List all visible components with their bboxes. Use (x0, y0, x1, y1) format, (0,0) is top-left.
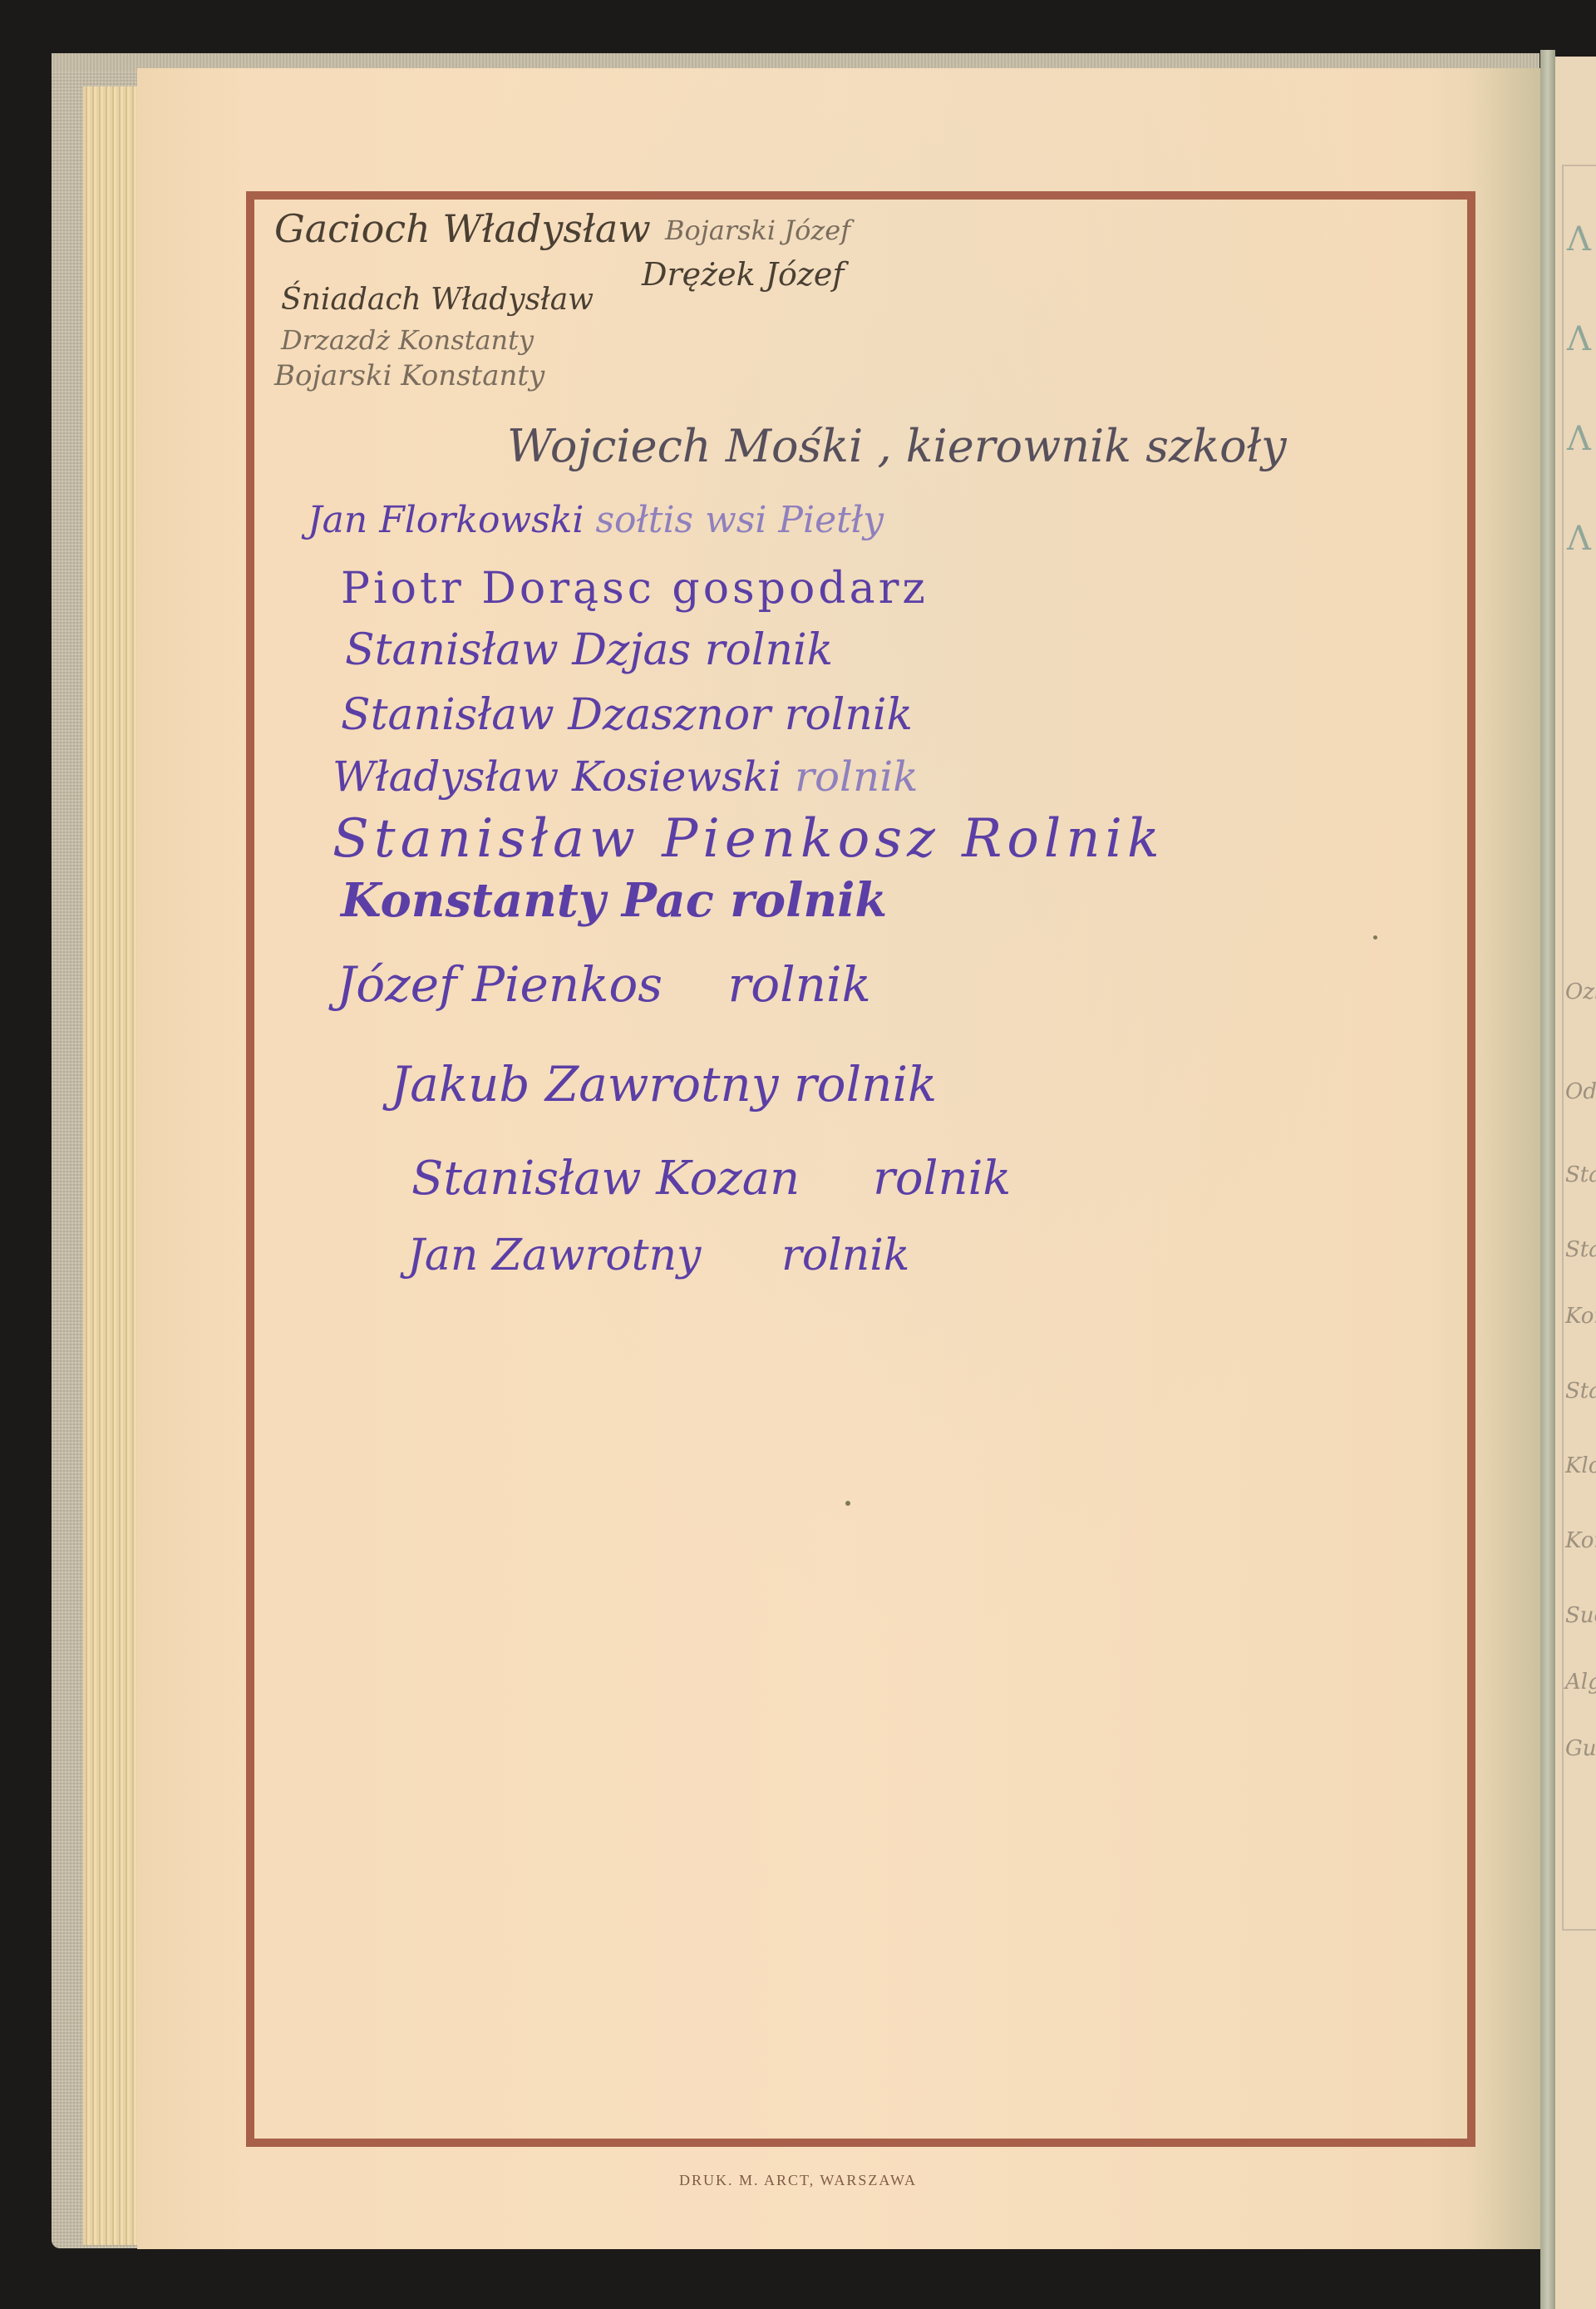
signature-line-8: Konstanty Pac rolnik (341, 873, 887, 928)
next-page-text: Kon (1565, 1528, 1596, 1553)
signature-name: Piotr Dorąsc (341, 564, 655, 614)
signature-line-10: Jakub Zawrotny rolnik (391, 1056, 937, 1113)
signature-line-9: Józef Pienkos rolnik (337, 956, 871, 1013)
signature-drzazdz: Drzazdż Konstanty (281, 324, 534, 356)
signature-bojarski-jozef: Bojarski Józef (665, 215, 850, 246)
decorative-ornament-icon: Ʌ (1567, 223, 1591, 256)
printer-imprint: DRUK. M. ARCT, WARSZAWA (0, 2172, 1596, 2189)
next-page-sliver: Ʌ Ʌ Ʌ Ʌ Ozka Odzy Sta Stan Kon Stan Klod… (1555, 57, 1596, 2309)
paper-speck (845, 1501, 850, 1506)
signature-role: rolnik (727, 956, 870, 1013)
signature-line-4: Stanisław Dzjas rolnik (345, 625, 833, 675)
signature-name: Wojciech Mośki (507, 420, 863, 472)
next-page-text: Odzy (1565, 1079, 1596, 1104)
decorative-ornament-icon: Ʌ (1567, 522, 1591, 555)
next-page-text: Alga (1565, 1670, 1596, 1695)
signature-role: rolnik (730, 873, 887, 928)
protective-sleeve-edge (1540, 50, 1555, 2309)
signature-role: gospodarz (672, 564, 928, 614)
signature-name: Józef Pienkos (337, 956, 663, 1013)
next-page-text: Ozka (1565, 979, 1596, 1004)
signature-sniadach: Śniadach Władysław (281, 283, 594, 317)
signature-drezek: Drężek Józef (642, 256, 844, 293)
next-page-text: Suche (1565, 1603, 1596, 1628)
signature-name: Jakub Zawrotny (391, 1056, 779, 1113)
signature-name: Konstanty Pac (341, 873, 714, 928)
signature-line-11: Stanisław Kozan rolnik (411, 1152, 1011, 1206)
signature-role: rolnik (873, 1152, 1011, 1206)
next-page-text: Gut (1565, 1736, 1596, 1761)
signature-line-5: Stanisław Dzasznor rolnik (341, 690, 913, 740)
signature-role: rolnik (795, 752, 919, 801)
signature-gacioch: Gacioch Władysław (274, 206, 651, 251)
signature-line-2: Jan Florkowski sołtis wsi Pietły (308, 499, 884, 541)
signature-line-6: Władysław Kosiewski rolnik (332, 752, 919, 801)
signature-role: Rolnik (962, 808, 1165, 870)
signature-role: , kierownik szkoły (877, 420, 1286, 472)
paper-speck (1373, 935, 1377, 940)
next-page-text: Sta (1565, 1162, 1596, 1187)
signature-name: Stanisław Dzjas (345, 625, 691, 675)
signature-name: Stanisław Kozan (411, 1152, 800, 1206)
page-block-edges (83, 86, 140, 2245)
next-page-text: Stan (1565, 1379, 1596, 1404)
decorative-ornament-icon: Ʌ (1567, 422, 1591, 456)
signature-name: Stanisław Dzasznor (341, 690, 771, 740)
signature-bojarski-konstanty: Bojarski Konstanty (274, 359, 544, 392)
next-page-text: Stan (1565, 1237, 1596, 1262)
signature-name: Władysław Kosiewski (332, 752, 781, 801)
signature-role: rolnik (785, 690, 913, 740)
signature-line-12: Jan Zawrotny rolnik (407, 1231, 909, 1280)
signature-role: rolnik (794, 1056, 937, 1113)
signature-line-7: Stanisław Pienkosz Rolnik (332, 808, 1165, 870)
signature-role: rolnik (705, 625, 833, 675)
next-page-text: Klod (1565, 1453, 1596, 1478)
decorative-ornament-icon: Ʌ (1567, 323, 1591, 356)
next-page-text: Kon (1565, 1304, 1596, 1329)
signature-role: sołtis wsi Pietły (595, 499, 883, 541)
signature-name: Jan Florkowski (308, 499, 584, 541)
signature-name: Stanisław Pienkosz (332, 808, 940, 870)
gutter-shadow (1471, 68, 1546, 2249)
signature-role: rolnik (781, 1231, 909, 1280)
signature-line-1: Wojciech Mośki , kierownik szkoły (507, 420, 1287, 472)
signature-line-3: Piotr Dorąsc gospodarz (341, 564, 929, 614)
signature-name: Jan Zawrotny (407, 1231, 701, 1280)
